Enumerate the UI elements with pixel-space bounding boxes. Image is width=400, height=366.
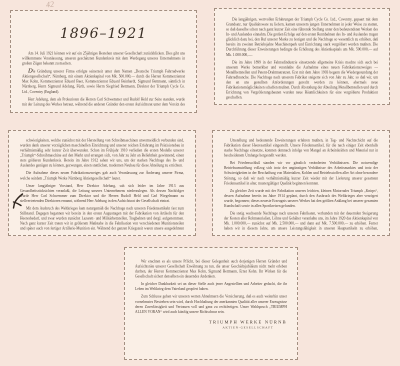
paragraph: Umstellung und bedeutende Erweiterungen … <box>224 138 378 158</box>
clipping-card-war: Umstellung und bedeutende Erweiterungen … <box>212 130 390 236</box>
company-signature: TRIUMPH WERKE NÜRNBERG AKTIEN-GESELLSCHA… <box>135 319 287 331</box>
paragraph: Zum Schlusse geben wir unseren werten Ab… <box>135 294 287 314</box>
clipping-card-closing: Wir erachten es als unsere Pflicht, bei … <box>124 247 298 360</box>
paragraph: Die Aufnahme dieses neuen Fabrikationszw… <box>20 171 184 181</box>
closing-text-block: Wir erachten es als unsere Pflicht, bei … <box>135 259 287 354</box>
paragraph: Die im Jahre 1899 in der Fahrradindustri… <box>226 60 378 100</box>
paragraph: Die Gründung unserer Firma erfolgte sein… <box>22 69 185 95</box>
clipping-card-founding: 1896–1921 Am 14. Juli 1921 können wir au… <box>10 10 197 113</box>
company-signature-subtitle: AKTIEN-GESELLSCHAFT <box>209 326 287 330</box>
founding-text-block: Am 14. Juli 1921 können wir auf ein 25jä… <box>22 51 185 107</box>
paragraph: Herr Adelung, dem als Prokuristen die He… <box>22 97 185 107</box>
paragraph: Unser langjähriger Vorstand, Herr Direkt… <box>20 183 184 203</box>
war-text-block: Umstellung und bedeutende Erweiterungen … <box>224 138 378 231</box>
page-title: 1896–1921 <box>11 26 196 42</box>
paragraph: In gleicher Dankbarkeit sei an dieser St… <box>135 282 287 292</box>
growth-text-block: Die langjährigen, wertvollen Erfahrungen… <box>226 17 378 100</box>
paragraph: Mit dem Ausbruch des Weltkrieges kam nat… <box>20 206 184 231</box>
company-signature-name: TRIUMPH WERKE NÜRNBERG <box>209 319 287 325</box>
typewriter-text-block: schwierigkeiten, welche zunächst mit der… <box>20 138 184 231</box>
clipping-card-typewriter: schwierigkeiten, welche zunächst mit der… <box>8 130 196 236</box>
paragraph: schwierigkeiten, welche zunächst mit der… <box>20 138 184 168</box>
paragraph: Bei Friedensschluß standen wir vor gänzl… <box>224 161 378 186</box>
paragraph: Die stetig wachsende Nachfrage nach unse… <box>224 211 378 231</box>
paragraph: Die langjährigen, wertvollen Erfahrungen… <box>226 17 378 57</box>
clipping-card-growth: Die langjährigen, wertvollen Erfahrungen… <box>214 8 390 105</box>
paragraph: Zu gleicher Zeit wurde mit der Fabrikati… <box>224 188 378 208</box>
pencil-note: 42 <box>45 0 54 10</box>
paragraph: Wir erachten es als unsere Pflicht, bei … <box>135 259 287 279</box>
paragraph: Am 14. Juli 1921 können wir auf ein 25jä… <box>22 51 185 66</box>
